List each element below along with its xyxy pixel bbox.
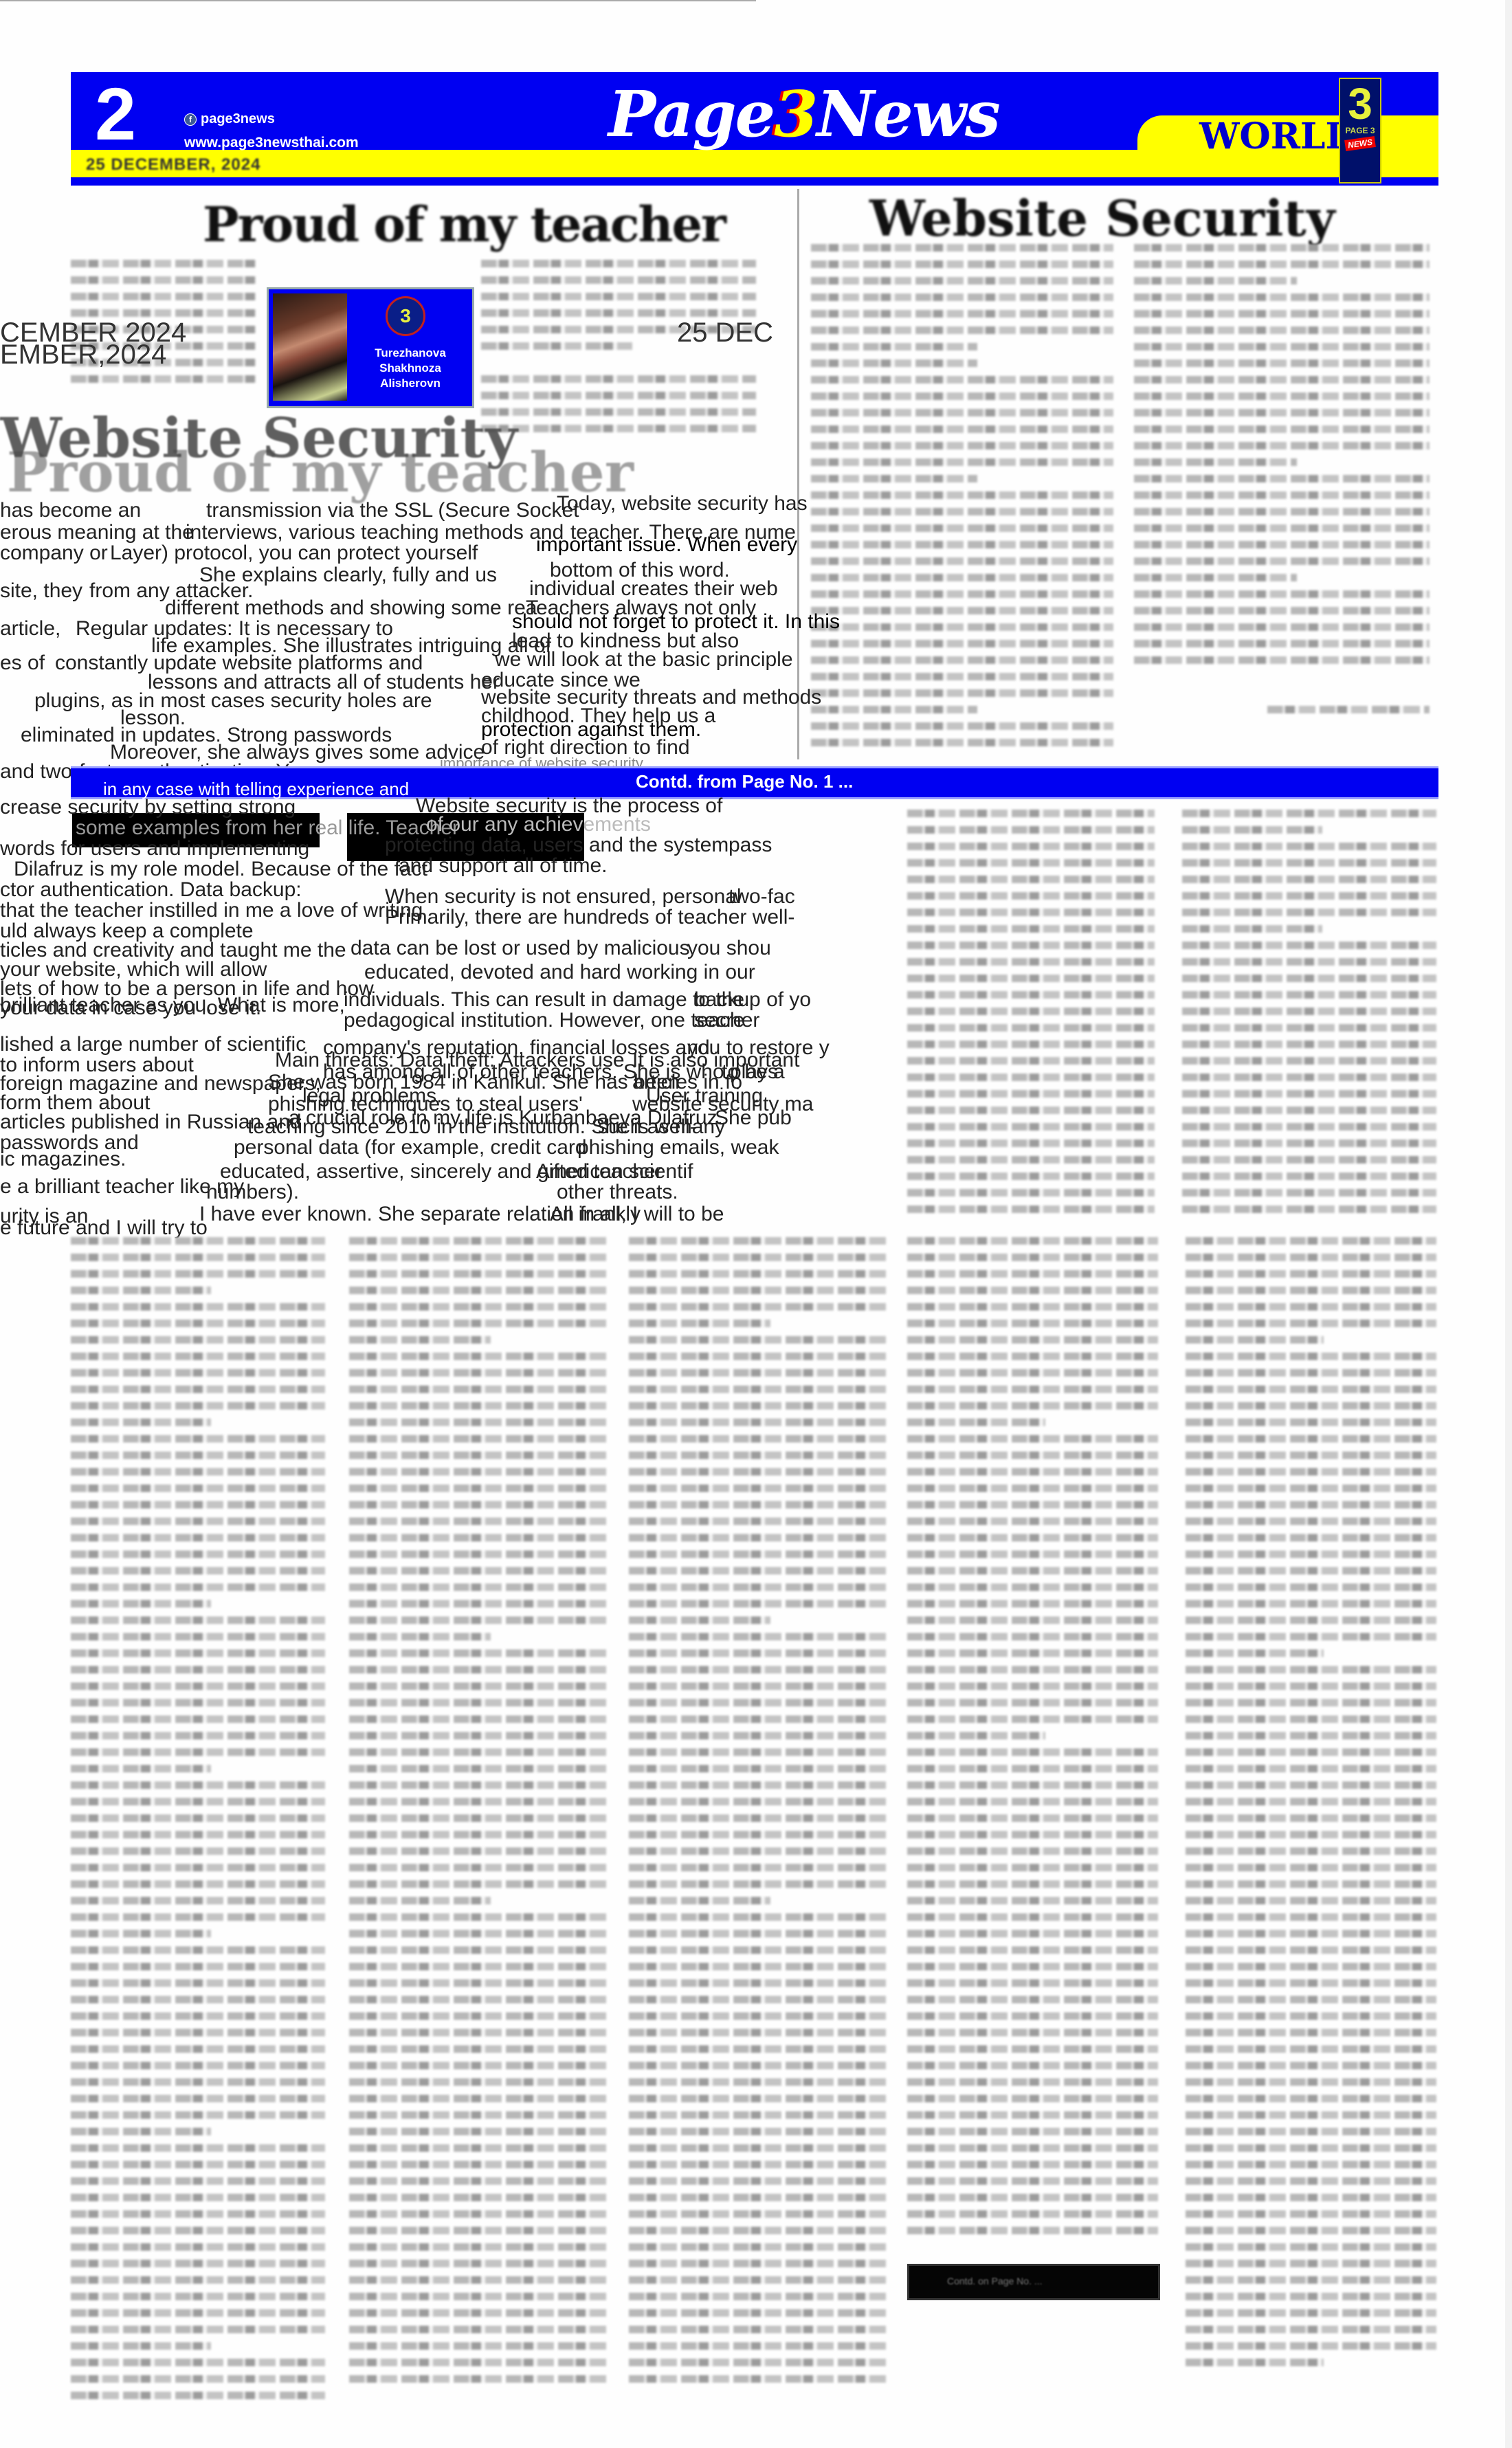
overlay-fragment: that the teacher instilled in me a love … — [0, 900, 423, 921]
overlay-fragment: transmission via the SSL (Secure Socket — [206, 500, 579, 521]
contd-label: Contd. from Page No. 1 ... — [636, 771, 853, 792]
page-top-rule — [0, 0, 756, 1]
logo-number: 3 — [774, 77, 816, 151]
overlay-fragment: individuals. This can result in damage t… — [344, 990, 744, 1010]
overlay-fragment: two-fac — [729, 887, 795, 907]
overlay-fragment: brilliant teacher as you. What is more, — [0, 995, 345, 1016]
overlay-fragment: article, — [0, 619, 60, 639]
overlay-fragment: numbers). — [206, 1182, 299, 1203]
page-number: 2 — [95, 77, 136, 151]
overlay-fragment: Primarily, there are hundreds of teacher… — [385, 907, 794, 928]
article-right-col2-text — [1134, 244, 1430, 722]
overlay-fragment: phishing techniques to steal users' — [268, 1094, 583, 1115]
headline-proud-of-my-teacher: Proud of my teacher — [203, 196, 725, 253]
overlay-fragment: Main threats: Data theft: Attackers use — [275, 1050, 625, 1071]
headline-website-security: Website Security — [869, 189, 1335, 247]
overlay-fragment: articles in fo — [632, 1072, 742, 1093]
overlay-fragment: other threats. — [557, 1182, 678, 1203]
lower-col3-text — [629, 1237, 887, 2392]
author-photo — [273, 293, 347, 401]
page3-badge: 3 PAGE 3 NEWS — [1339, 78, 1381, 183]
newspaper-logo: Page3News — [608, 77, 999, 151]
overlay-fragment: has become an — [0, 500, 141, 521]
overlay-fragment: pass — [729, 835, 772, 856]
page3-logo-icon: 3 — [386, 296, 425, 336]
overlay-date: 25 DEC — [677, 318, 773, 348]
badge-line1: PAGE 3 — [1345, 126, 1375, 135]
overlay-fragment: ic magazines. — [0, 1149, 126, 1170]
overlay-fragment: es of — [0, 653, 45, 674]
facebook-link[interactable]: f page3news — [184, 111, 275, 127]
logo-suffix: News — [816, 77, 999, 151]
overlay-fragment: Today, website security has — [557, 493, 808, 514]
overlay-fragment: data can be lost or used by malicious — [351, 938, 690, 959]
website-link[interactable]: www.page3newsthai.com — [184, 135, 359, 151]
masthead-bottom-rule — [71, 177, 1438, 186]
article-right-col1-text — [811, 244, 1113, 755]
lower-col1-text — [71, 1237, 325, 2408]
overlay-fragment: e future and I will try to — [0, 1218, 208, 1238]
overlay-fragment: plugins, as in most cases security holes… — [34, 691, 432, 711]
overlay-fragment: crease security by setting strong — [0, 797, 296, 818]
contd-on-page-label: Contd. on Page No. ... — [947, 2275, 1043, 2286]
overlay-fragment: American scientif — [536, 1161, 693, 1182]
overlay-headline-ghost: Proud of my teacher — [7, 440, 634, 504]
overlay-fragment: website security ma — [632, 1094, 813, 1115]
section-label: WORLD — [1199, 115, 1357, 157]
lower-col5-text — [1182, 810, 1436, 1222]
overlay-fragment: phishing emails, weak — [577, 1137, 779, 1158]
lower-col4-text — [907, 810, 1155, 1222]
overlay-fragment: erous meaning at the — [0, 522, 194, 543]
overlay-fragment: lished a large number of scientific — [0, 1034, 306, 1055]
overlay-fragment: backup of yo — [694, 990, 811, 1010]
overlay-fragment: site, they — [0, 581, 82, 601]
overlay-fragment: secre — [694, 1010, 744, 1031]
overlay-fragment: Layer) protocol, you can protect yoursel… — [110, 543, 478, 564]
overlay-fragment: When security is not ensured, personal — [385, 887, 742, 907]
overlay-fragment: such as many — [598, 1117, 725, 1137]
article-left-col2-text — [481, 260, 756, 441]
overlay-fragment: different methods and showing some rea — [165, 598, 537, 619]
lower-col4b-text — [907, 1237, 1158, 2243]
overlay-fragment: interviews, various teaching methods and — [186, 522, 564, 543]
overlay-fragment: All in all, I will to be — [550, 1204, 724, 1225]
overlay-fragment: protecting data, users and the system — [385, 835, 729, 856]
overlay-fragment: personal data (for example, credit card — [234, 1137, 587, 1158]
overlay-date: EMBER,2024 — [0, 340, 166, 370]
overlay-fragment: It is also important — [632, 1050, 799, 1071]
badge-number: 3 — [1348, 82, 1372, 126]
badge-line2: NEWS — [1344, 136, 1376, 151]
overlay-fragment: company or — [0, 543, 108, 564]
overlay-fragment: you shou — [687, 938, 771, 959]
page-right-edge — [1505, 0, 1512, 2448]
overlay-fragment: She was born 1984 in Kanikul. She has be… — [268, 1072, 680, 1093]
logo-prefix: Page — [608, 77, 774, 151]
facebook-handle: page3news — [201, 111, 275, 127]
overlay-fragment: ctor authentication. Data backup: — [0, 880, 302, 900]
column-divider — [797, 189, 799, 759]
overlay-fragment: of our any achievements — [426, 814, 651, 835]
lower-col2-text — [349, 1237, 607, 2392]
overlay-fragment: educated, devoted and hard working in ou… — [364, 962, 755, 983]
contd-on-page-box: Contd. on Page No. ... — [907, 2264, 1160, 2300]
lower-col5b-text — [1186, 1237, 1436, 2375]
overlay-fragment: words for users and implementing — [0, 838, 309, 859]
author-card: 3 Turezhanova Shakhnoza Alisherovn — [267, 287, 474, 408]
author-name: Turezhanova Shakhnoza Alisherovn — [350, 346, 471, 391]
facebook-icon: f — [184, 113, 197, 126]
overlay-fragment: and support all of time. — [399, 856, 608, 876]
overlay-fragment: Dilafruz is my role model. Because of th… — [14, 859, 427, 880]
issue-date: 25 DECEMBER, 2024 — [86, 155, 260, 175]
overlay-fragment: important issue. When every — [536, 535, 797, 555]
